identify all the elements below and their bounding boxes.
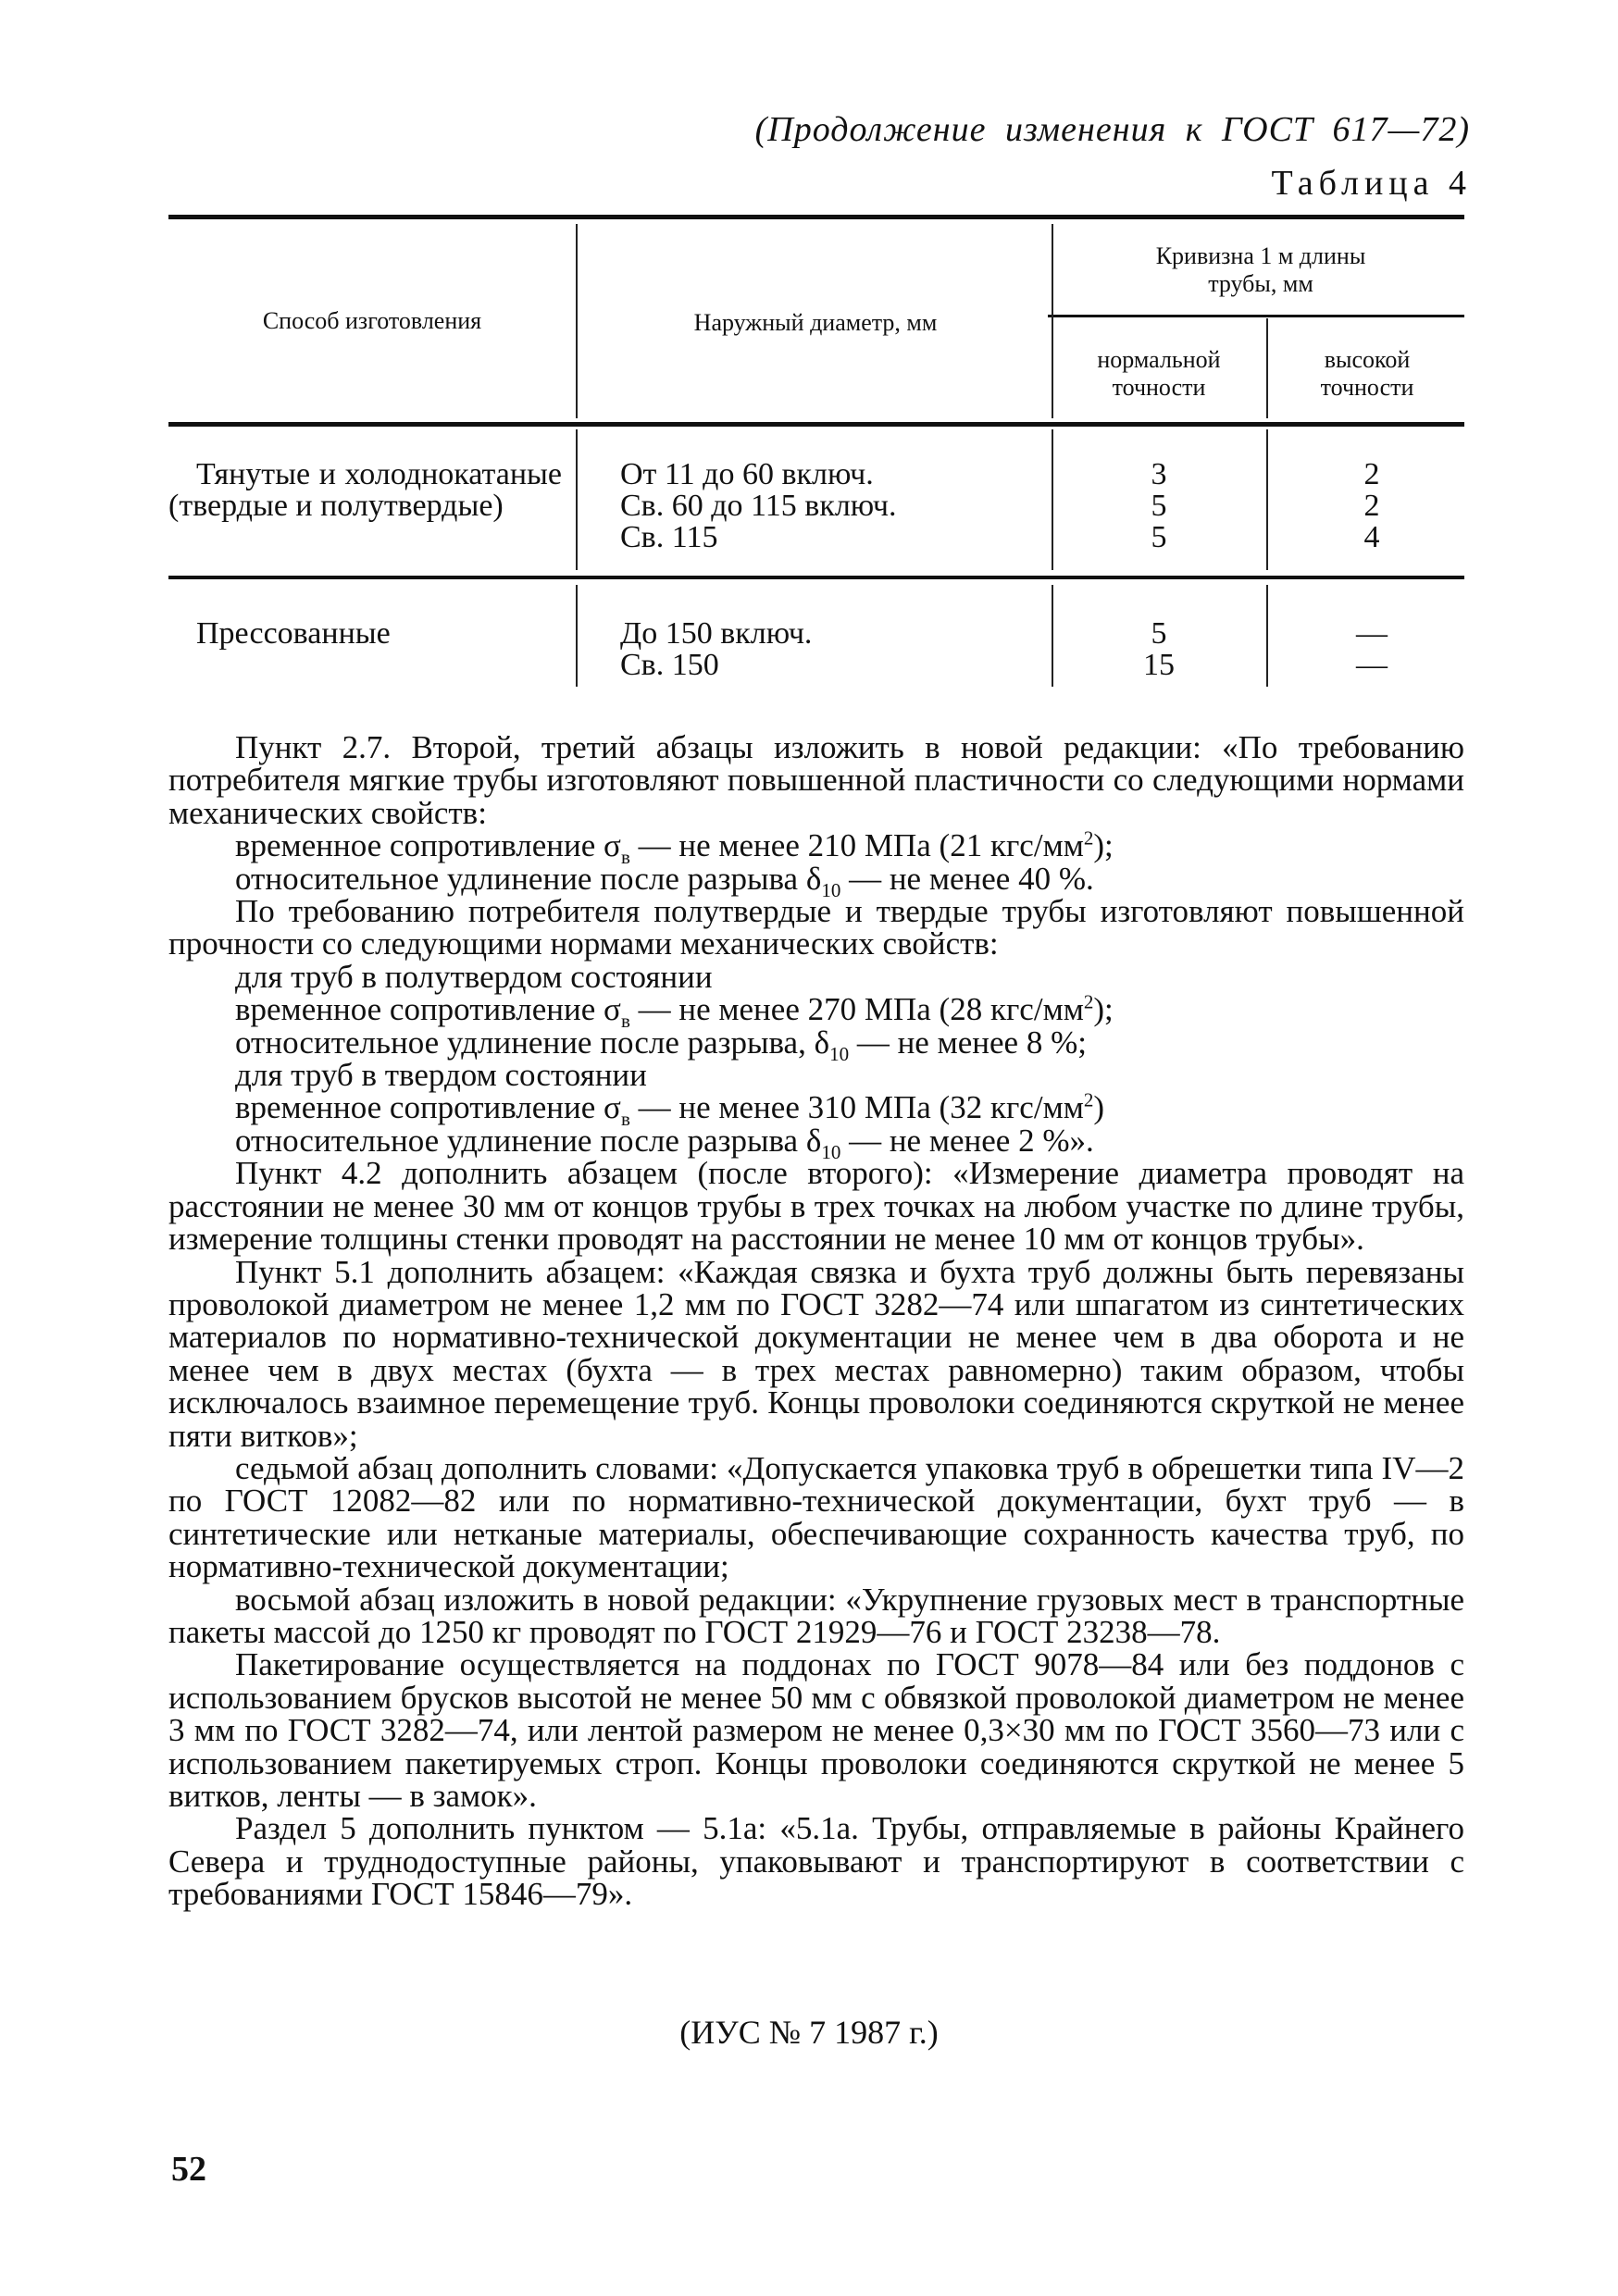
normal-cell: 5 [1131,490,1187,522]
table-subheader-rule [1048,315,1464,317]
amendment-text: Пункт 2.7. Второй, третий абзацы изложит… [168,731,1464,1911]
paragraph-5-1: Пункт 5.1 дополнить абзацем: «Каждая свя… [168,1256,1464,1452]
diameter-cell: Св. 115 [620,522,717,553]
property-line: для труб в полутвердом состоянии [168,961,1464,993]
paragraph-4-2: Пункт 4.2 дополнить абзацем (после второ… [168,1157,1464,1255]
property-line: временное сопротивление σв — не менее 31… [168,1091,1464,1123]
high-cell: — [1344,650,1400,681]
col-header-normal: нормальной точности [1071,346,1247,402]
divider [1052,429,1053,570]
property-line: относительное удлинение после разрыва δ1… [168,863,1464,895]
high-cell: 2 [1344,490,1400,522]
divider [1266,318,1268,418]
paragraph-seventh: седьмой абзац дополнить словами: «Допуск… [168,1452,1464,1583]
normal-cell: 15 [1131,650,1187,681]
divider [576,224,578,418]
col-header-method: Способ изготовления [168,307,576,335]
diameter-cell: От 11 до 60 включ. [620,459,874,490]
property-line: для труб в твердом состоянии [168,1059,1464,1091]
paragraph-5-1a: Раздел 5 дополнить пунктом — 5.1а: «5.1а… [168,1812,1464,1910]
page-header: (Продолжение изменения к ГОСТ 617—72) [755,109,1470,150]
paragraph-strength: По требованию потребителя полутвердые и … [168,895,1464,961]
property-line: относительное удлинение после разрыва, δ… [168,1026,1464,1059]
normal-cell: 3 [1131,459,1187,490]
paragraph-2-7: Пункт 2.7. Второй, третий абзацы изложит… [168,731,1464,829]
normal-cell: 5 [1131,618,1187,650]
property-line: относительное удлинение после разрыва δ1… [168,1124,1464,1157]
high-cell: — [1344,618,1400,650]
table-group-rule [168,576,1464,579]
divider [576,429,578,570]
high-cell: 2 [1344,459,1400,490]
divider [1266,585,1268,687]
ius-reference: (ИУС № 7 1987 г.) [0,2013,1618,2052]
high-cell: 4 [1344,522,1400,553]
table-label: Таблица 4 [1271,163,1472,204]
diameter-cell: Св. 150 [620,650,719,681]
divider [576,585,578,687]
divider [1266,429,1268,570]
paragraph-packaging: Пакетирование осуществляется на поддонах… [168,1648,1464,1812]
divider [1052,224,1053,418]
diameter-cell: До 150 включ. [620,618,812,650]
col-header-diameter: Наружный диаметр, мм [579,309,1052,337]
paragraph-eighth: восьмой абзац изложить в новой редакции:… [168,1583,1464,1649]
property-line: временное сопротивление σв — не менее 21… [168,829,1464,862]
table-header-rule [168,422,1464,427]
group-method: Прессованные [196,618,391,650]
normal-cell: 5 [1131,522,1187,553]
col-header-curvature: Кривизна 1 м длины трубы, мм [1122,242,1400,298]
diameter-cell: Св. 60 до 115 включ. [620,490,897,522]
col-header-high: высокой точности [1288,346,1446,402]
divider [1052,585,1053,687]
property-line: временное сопротивление σв — не менее 27… [168,993,1464,1025]
group-method: Тянутые и холоднокатаные (твердые и полу… [168,459,562,522]
table-top-rule [168,215,1464,219]
page-number: 52 [171,2149,206,2190]
